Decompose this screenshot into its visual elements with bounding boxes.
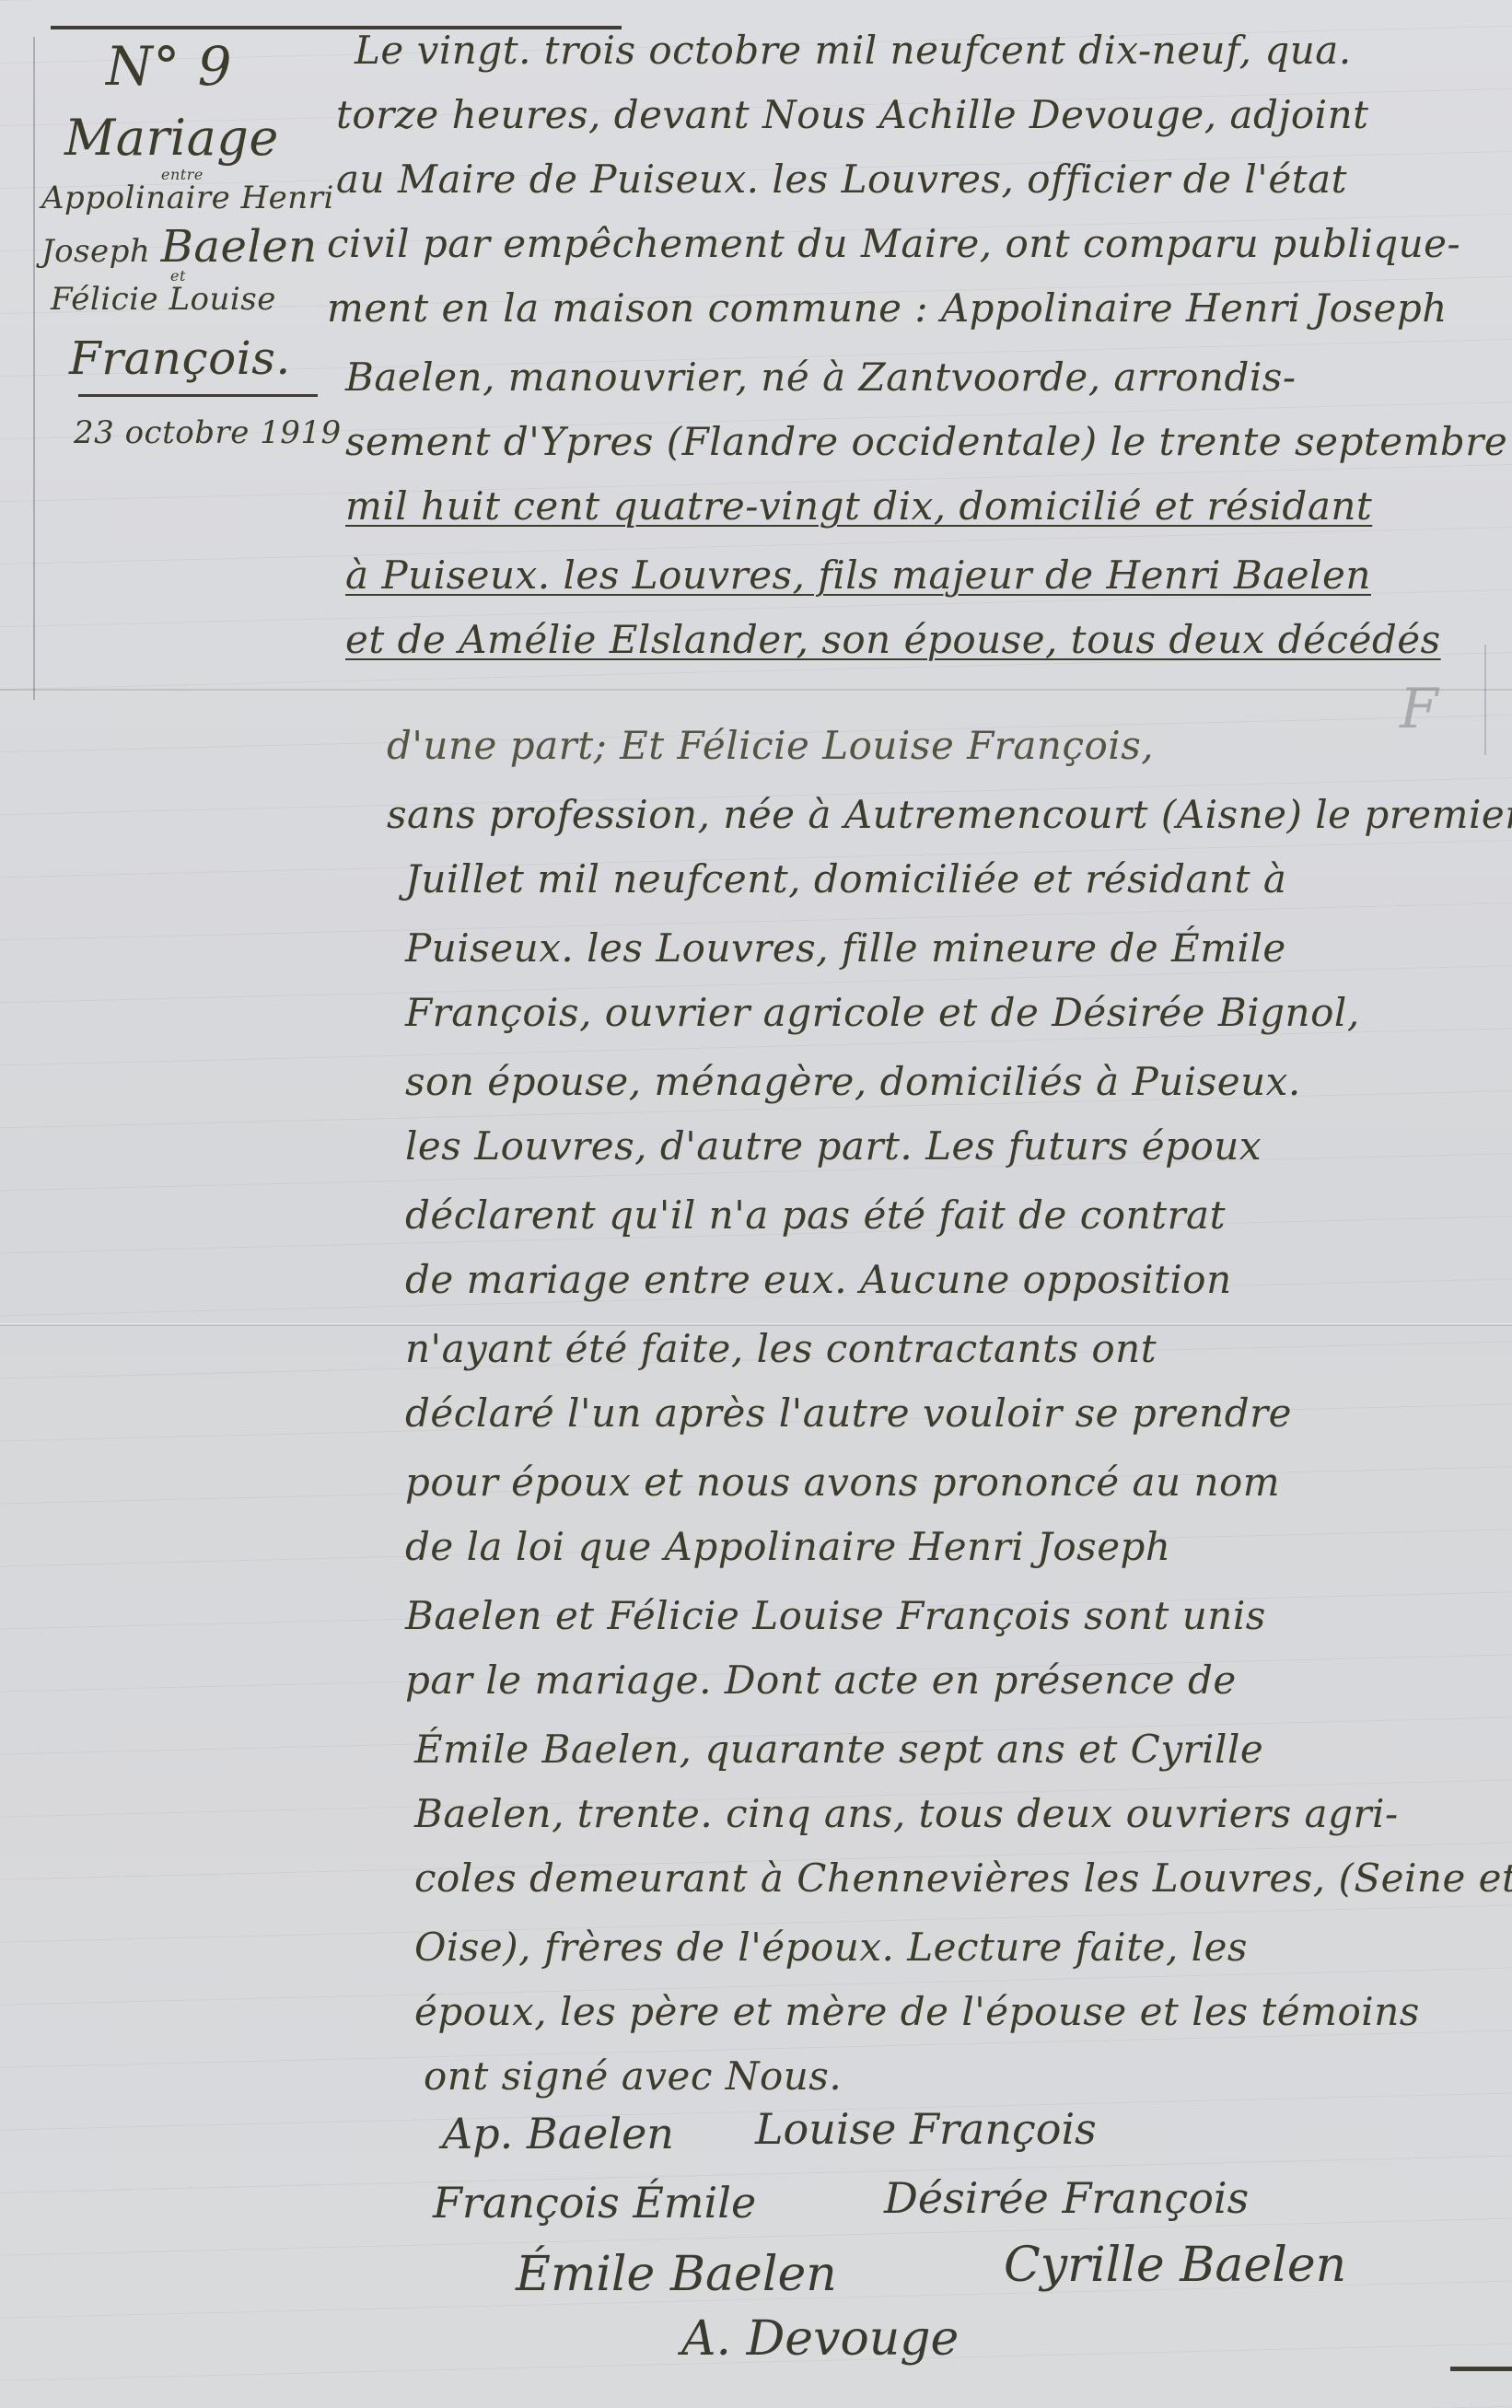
body-line: ment en la maison commune : Appolinaire … (327, 285, 1448, 331)
signature: Cyrille Baelen (1004, 2238, 1346, 2293)
body-line: son épouse, ménagère, domiciliés à Puise… (405, 1059, 1301, 1104)
body-line: Émile Baelen, quarante sept ans et Cyril… (414, 1727, 1263, 1772)
record-date: 23 octobre 1919 (74, 414, 342, 451)
record-title: Mariage (64, 109, 279, 167)
body-line: par le mariage. Dont acte en présence de (405, 1658, 1237, 1703)
body-line: civil par empêchement du Maire, ont comp… (327, 221, 1460, 266)
body-line: Puiseux. les Louvres, fille mineure de É… (405, 925, 1286, 971)
body-line: coles demeurant à Chennevières les Louvr… (414, 1855, 1512, 1901)
body-line: ont signé avec Nous. (424, 2053, 842, 2099)
body-line: Juillet mil neufcent, domiciliée et rési… (405, 856, 1286, 902)
section-separator (0, 689, 1512, 691)
groom-third-name: Joseph (41, 233, 150, 270)
body-line: Baelen, manouvrier, né à Zantvoorde, arr… (345, 355, 1297, 400)
body-line: François, ouvrier agricole et de Désirée… (405, 990, 1360, 1035)
bride-given-names: Félicie Louise (51, 281, 276, 318)
body-line: au Maire de Puiseux. les Louvres, offici… (336, 157, 1347, 202)
margin-annotation: F (1400, 677, 1438, 741)
body-line: Baelen, trente. cinq ans, tous deux ouvr… (414, 1791, 1399, 1836)
body-line: Le vingt. trois octobre mil neufcent dix… (355, 28, 1352, 73)
body-line: sans profession, née à Autremencourt (Ai… (387, 792, 1512, 837)
body-line: de mariage entre eux. Aucune opposition (405, 1257, 1232, 1302)
right-margin-mark (1484, 645, 1486, 755)
signature: Ap. Baelen (442, 2109, 674, 2158)
body-line: déclarent qu'il n'a pas été fait de cont… (405, 1192, 1226, 1238)
body-line: époux, les père et mère de l'épouse et l… (414, 1989, 1420, 2034)
bride-surname: François. (69, 332, 291, 385)
signature: Louise François (755, 2104, 1097, 2154)
body-line: les Louvres, d'autre part. Les futurs ép… (405, 1123, 1262, 1169)
record-number: N° 9 (106, 35, 232, 98)
margin-rule (78, 394, 318, 397)
signature: Désirée François (884, 2173, 1249, 2223)
body-line: déclaré l'un après l'autre vouloir se pr… (405, 1390, 1292, 1436)
body-line: à Puiseux. les Louvres, fils majeur de H… (345, 553, 1371, 598)
signature: Émile Baelen (516, 2247, 837, 2302)
margin-vertical-rule (33, 37, 35, 700)
body-line: de la loi que Appolinaire Henri Joseph (405, 1524, 1170, 1569)
bottom-rule (1450, 2367, 1512, 2371)
body-line: d'une part; Et Félicie Louise François, (387, 723, 1154, 768)
body-line: pour époux et nous avons prononcé au nom (405, 1460, 1280, 1505)
groom-name-line: Joseph Baelen (41, 221, 318, 273)
body-line: n'ayant été faite, les contractants ont (405, 1326, 1157, 1371)
body-line: et de Amélie Elslander, son épouse, tous… (345, 617, 1441, 662)
body-line: torze heures, devant Nous Achille Devoug… (336, 92, 1369, 137)
body-line: Baelen et Félicie Louise François sont u… (405, 1593, 1266, 1638)
body-line: sement d'Ypres (Flandre occidentale) le … (345, 419, 1507, 464)
body-line: mil huit cent quatre-vingt dix, domicili… (345, 483, 1372, 529)
groom-surname: Baelen (161, 221, 318, 273)
register-page: N° 9 Mariage entre Appolinaire Henri Jos… (0, 0, 1512, 2408)
signature: A. Devouge (681, 2311, 959, 2367)
groom-given-names: Appolinaire Henri (41, 180, 334, 216)
signature: François Émile (433, 2178, 756, 2228)
body-line: Oise), frères de l'époux. Lecture faite,… (414, 1925, 1248, 1970)
